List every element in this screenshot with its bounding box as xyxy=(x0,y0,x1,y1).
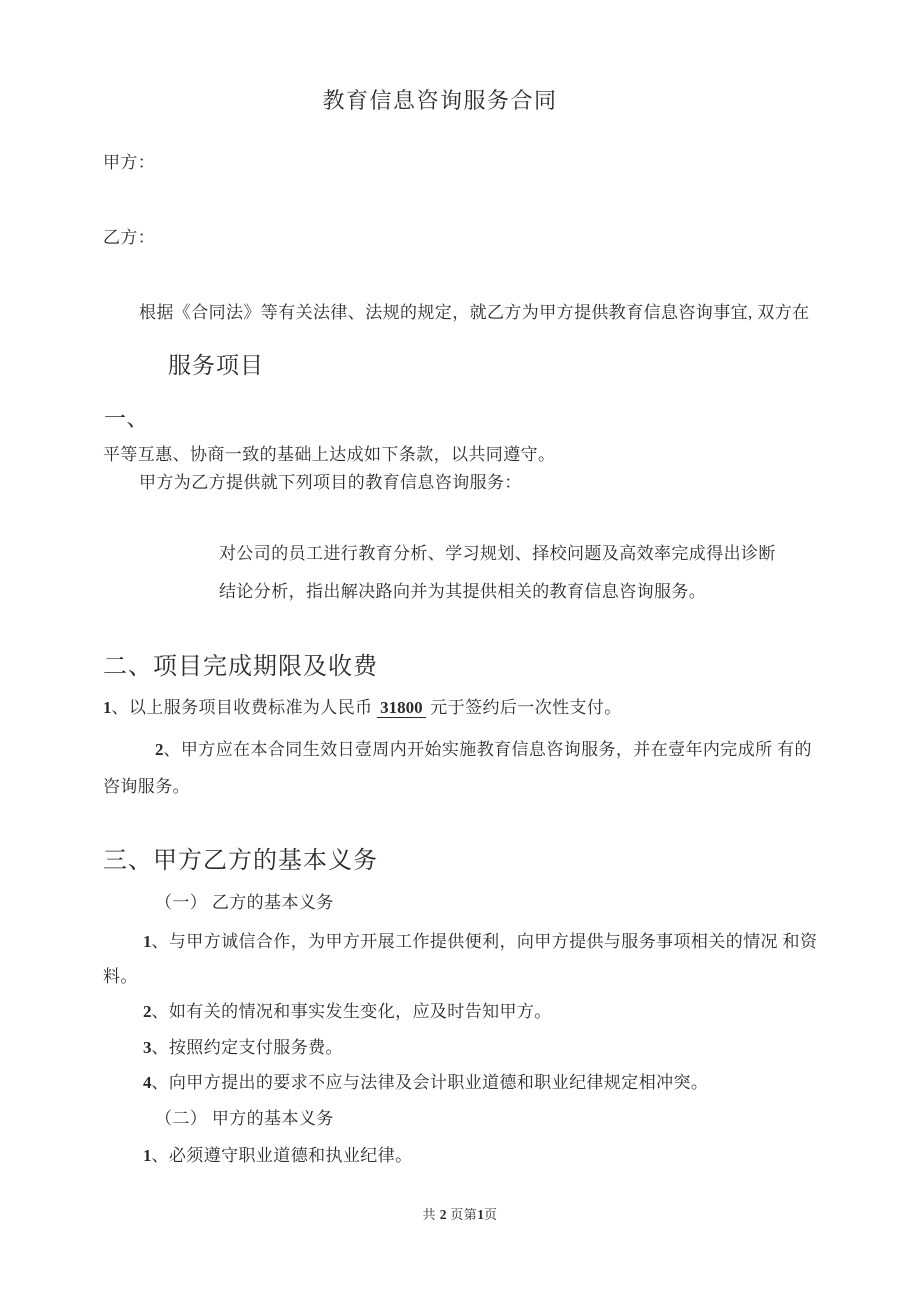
party-b-label: 乙方： xyxy=(103,227,155,250)
party-a-label: 甲方： xyxy=(103,152,155,175)
obligation-b-1-number: 1 xyxy=(143,932,152,951)
obligation-b-4: 4、向甲方提出的要求不应与法律及会计职业道德和职业纪律规定相冲突。 xyxy=(143,1072,708,1095)
fee-clause: 1、以上服务项目收费标准为人民币 31800 元于签约后一次性支付。 xyxy=(103,697,622,720)
obligation-a-1-text: 、必须遵守职业道德和执业纪律。 xyxy=(152,1146,413,1165)
section-one-marker: 一、 xyxy=(104,404,149,434)
obligation-b-3: 3、按照约定支付服务费。 xyxy=(143,1037,343,1060)
obligation-b-3-text: 、按照约定支付服务费。 xyxy=(152,1038,343,1057)
footer-middle: 页第 xyxy=(446,1207,477,1222)
obligation-b-4-text: 、向甲方提出的要求不应与法律及会计职业道德和职业纪律规定相冲突。 xyxy=(152,1073,709,1092)
service-desc-line-2: 结论分析，指出解决路向并为其提供相关的教育信息咨询服务。 xyxy=(219,581,706,604)
obligation-b-2-text: 、如有关的情况和事实发生变化，应及时告知甲方。 xyxy=(152,1002,552,1021)
intro-continuation: 平等互惠、协商一致的基础上达成如下条款，以共同遵守。 xyxy=(103,444,555,467)
sub-heading-party-a: （二） 甲方的基本义务 xyxy=(155,1108,334,1131)
document-page: 教育信息咨询服务合同 甲方： 乙方： 根据《合同法》等有关法律、法规的规定，就乙… xyxy=(0,0,920,1303)
obligation-b-2: 2、如有关的情况和事实发生变化，应及时告知甲方。 xyxy=(143,1001,552,1024)
section-two-heading: 二、项目完成期限及收费 xyxy=(103,651,378,683)
start-clause-wrap: 咨询服务。 xyxy=(103,776,190,799)
service-desc-line-1: 对公司的员工进行教育分析、学习规划、择校问题及高效率完成得出诊断 xyxy=(219,543,776,566)
footer-current-page: 1 xyxy=(477,1207,484,1222)
provide-line: 甲方为乙方提供就下列项目的教育信息咨询服务： xyxy=(139,472,522,495)
sub-heading-party-b: （一） 乙方的基本义务 xyxy=(155,892,334,915)
start-clause-number: 2 xyxy=(155,740,164,759)
obligation-b-1-wrap: 料。 xyxy=(103,966,138,989)
section-three-heading: 三、甲方乙方的基本义务 xyxy=(103,845,378,877)
fee-clause-text-pre: 、以上服务项目收费标准为人民币 xyxy=(112,698,378,717)
obligation-a-1-number: 1 xyxy=(143,1146,152,1165)
doc-title: 教育信息咨询服务合同 xyxy=(0,86,900,116)
obligation-b-2-number: 2 xyxy=(143,1002,152,1021)
start-clause-text: 、甲方应在本合同生效日壹周内开始实施教育信息咨询服务，并在壹年内完成所 有的 xyxy=(164,740,812,759)
obligation-b-4-number: 4 xyxy=(143,1073,152,1092)
fee-clause-number: 1 xyxy=(103,698,112,717)
footer-suffix: 页 xyxy=(484,1207,498,1222)
obligation-b-1: 1、与甲方诚信合作，为甲方开展工作提供便利，向甲方提供与服务事项相关的情况 和资 xyxy=(143,931,817,954)
obligation-b-1-text: 、与甲方诚信合作，为甲方开展工作提供便利，向甲方提供与服务事项相关的情况 和资 xyxy=(152,932,818,951)
fee-clause-text-post: 元于签约后一次性支付。 xyxy=(426,698,622,717)
obligation-b-3-number: 3 xyxy=(143,1038,152,1057)
start-clause: 2、甲方应在本合同生效日壹周内开始实施教育信息咨询服务，并在壹年内完成所 有的 xyxy=(155,739,812,762)
footer-prefix: 共 xyxy=(422,1207,439,1222)
intro-paragraph: 根据《合同法》等有关法律、法规的规定，就乙方为甲方提供教育信息咨询事宜, 双方在 xyxy=(139,302,810,325)
service-project-heading: 服务项目 xyxy=(168,350,264,381)
page-footer: 共 2 页第1页 xyxy=(0,1206,920,1224)
obligation-a-1: 1、必须遵守职业道德和执业纪律。 xyxy=(143,1145,413,1168)
fee-amount: 31800 xyxy=(377,698,426,718)
